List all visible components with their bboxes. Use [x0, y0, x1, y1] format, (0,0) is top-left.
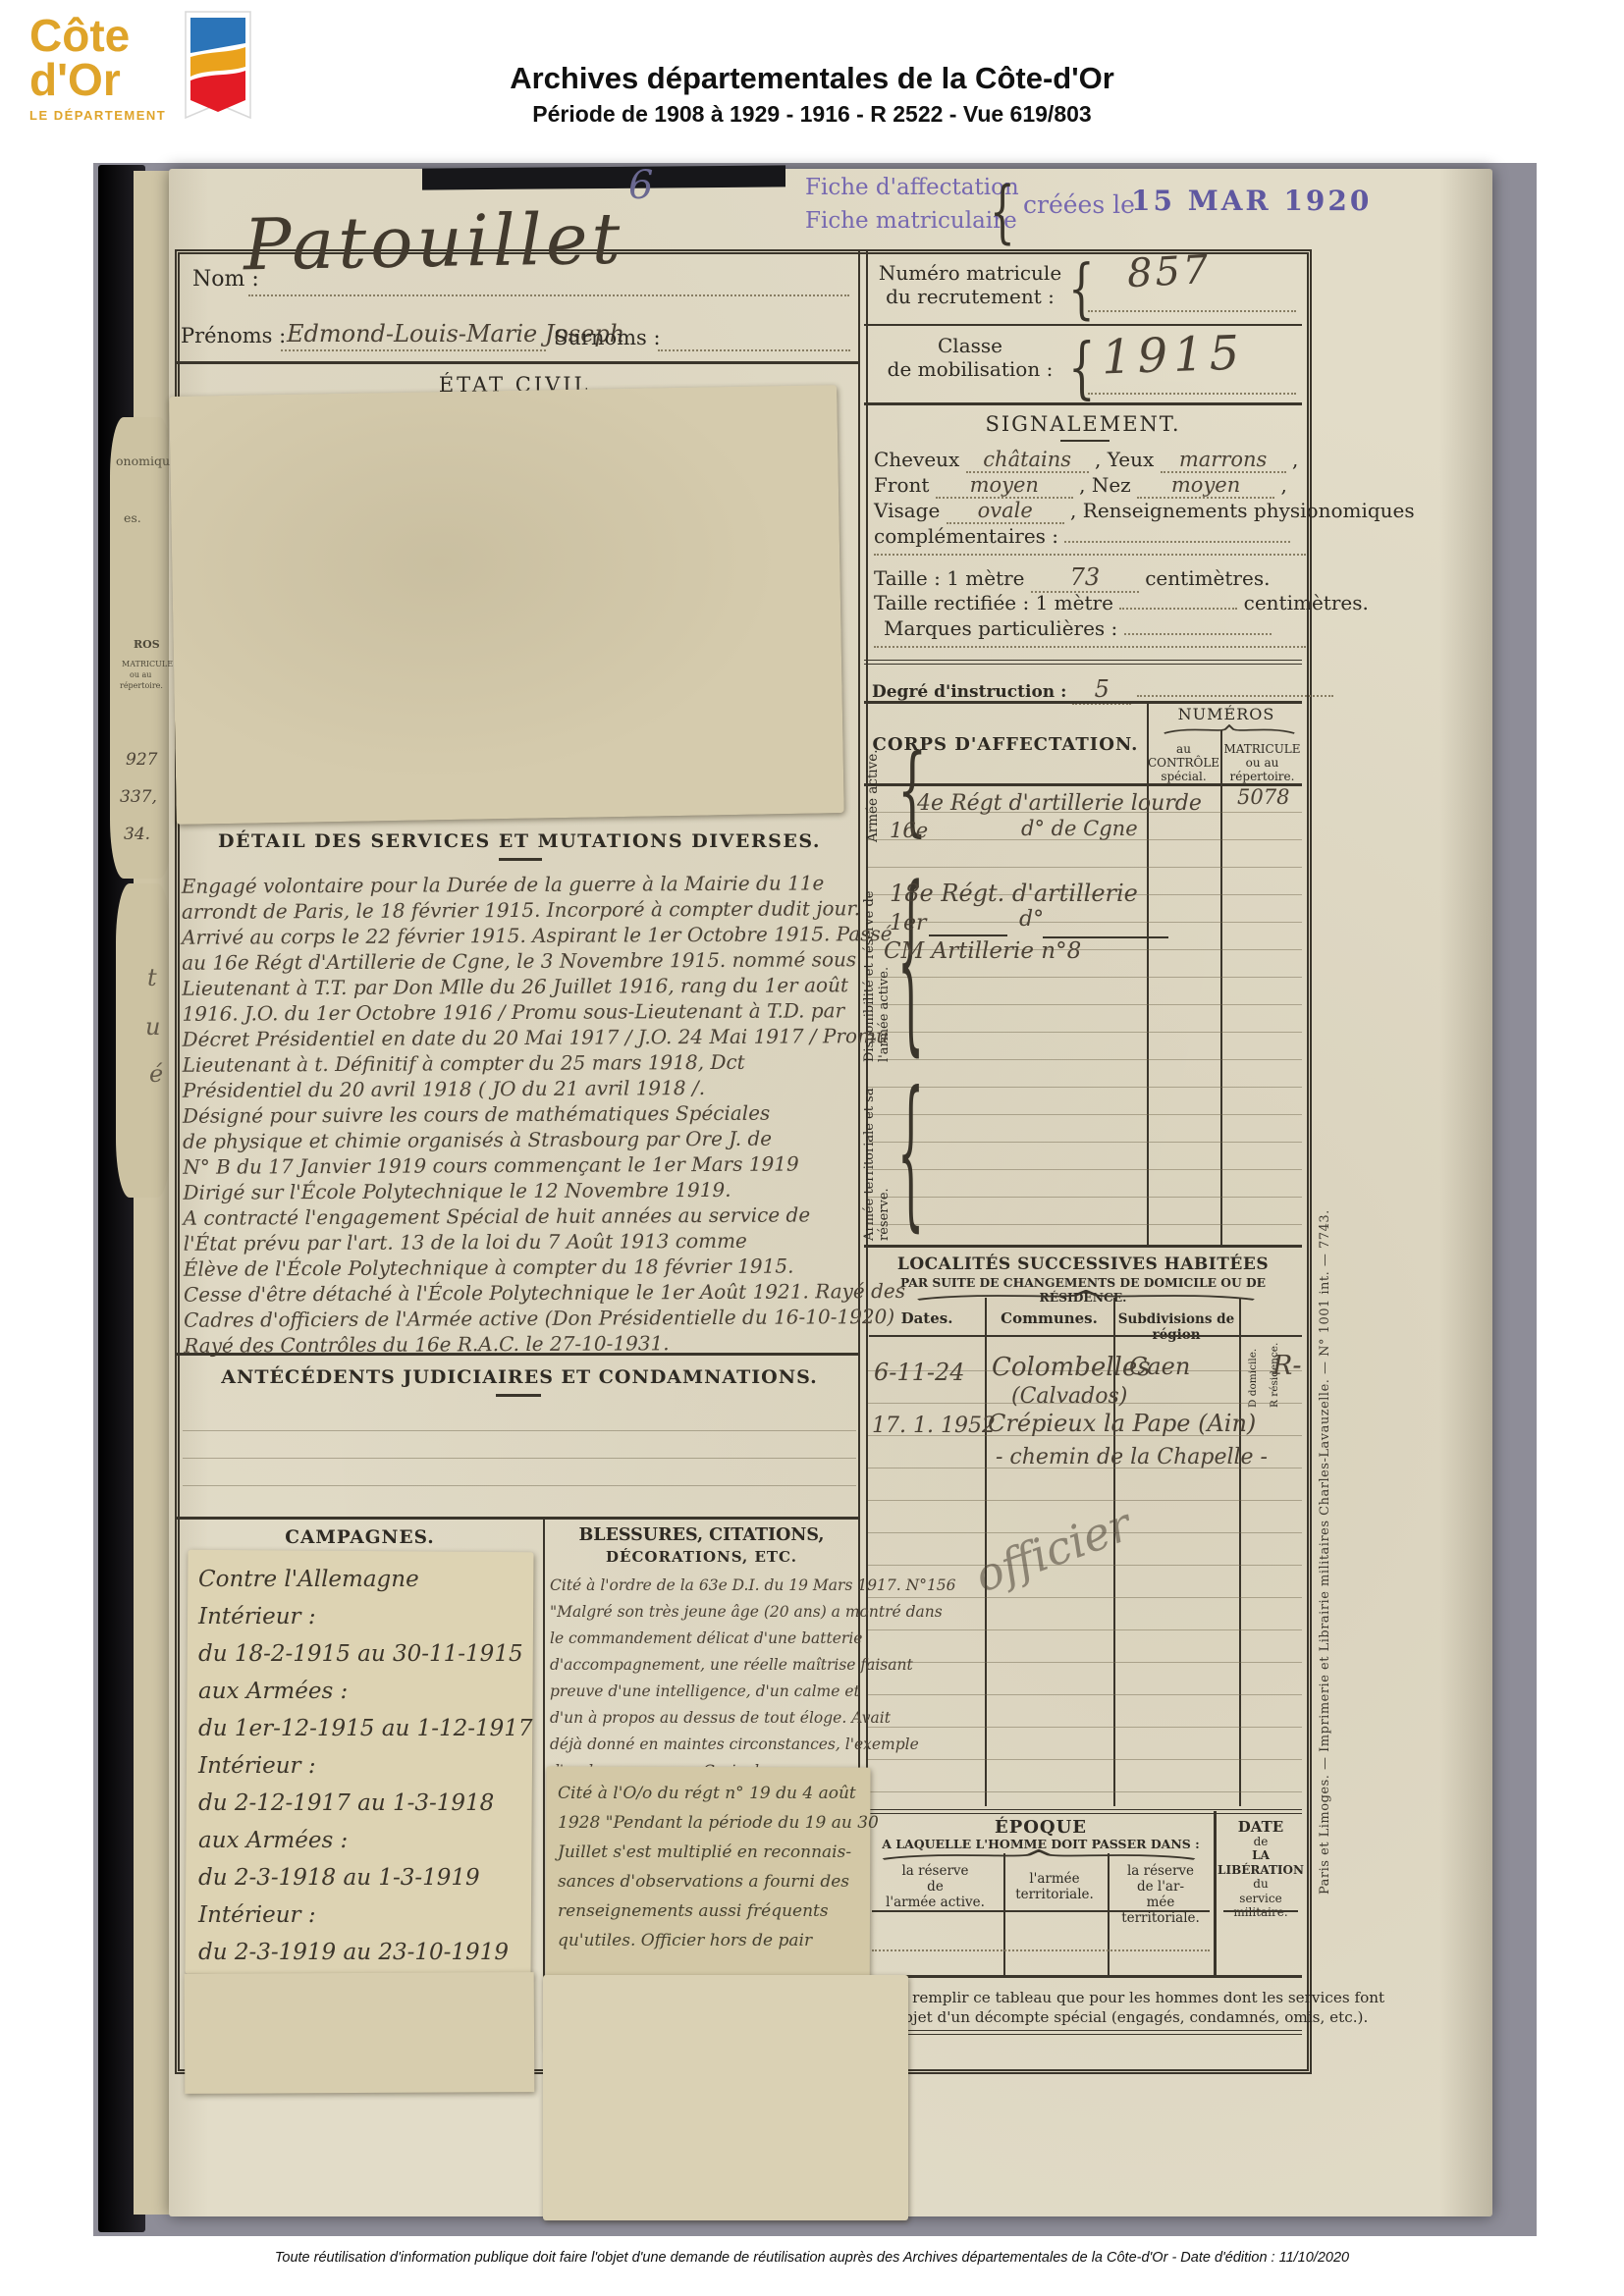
- corps-entry-4b: d°: [1019, 907, 1044, 932]
- classe-bottom-rule: [864, 402, 1302, 405]
- blessures-line: d'un à propos au dessus de tout éloge. A…: [550, 1705, 860, 1732]
- signalement-complementaires-row: complémentaires :: [874, 524, 1311, 548]
- signalement-title-rule: [1060, 440, 1110, 442]
- localites-r1-commune2: (Calvados): [1011, 1384, 1127, 1409]
- underlying-page-bump2: [116, 883, 171, 1198]
- antecedents-title: ANTÉCÉDENTS JUDICIAIRES ET CONDAMNATIONS…: [177, 1366, 862, 1388]
- services-title-rule: [499, 858, 542, 861]
- classe-label-line1: Classe: [872, 334, 1068, 357]
- epoque-date-line: LA LIBÉRATION: [1218, 1848, 1304, 1877]
- blessures-line: d'accompagnement, une réelle maîtrise fa…: [550, 1652, 860, 1679]
- epoque-date-divider: [1214, 1811, 1217, 1975]
- degre-bottom-rule: [864, 701, 1302, 704]
- services-line: Arrivé au corps le 22 février 1915. Aspi…: [182, 921, 859, 950]
- citation-slip-text-block: Cité à l'O/o du régt n° 19 du 4 août 192…: [558, 1779, 867, 1955]
- services-line: au 16e Régt d'Artillerie de Cgne, le 3 N…: [182, 946, 859, 976]
- margin-number: 927: [126, 750, 157, 770]
- corps-entry-1: 4e Régt d'artillerie lourde: [917, 791, 1202, 816]
- stamp-line2: Fiche matriculaire: [805, 208, 1017, 234]
- page-mark-handwritten: 6: [628, 163, 653, 208]
- taille-rectifiee-row: Taille rectifiée : 1 mètre centimètres.: [874, 591, 1311, 614]
- antecedents-bottom-rule: [177, 1517, 860, 1520]
- campagnes-line: aux Armées :: [198, 1822, 527, 1859]
- signalement-bottom-rule: [864, 660, 1302, 665]
- citation-line: Juillet s'est multiplié en reconnais-: [558, 1838, 867, 1867]
- epoque-col3-header: la réserve de l'ar- mée territoriale.: [1108, 1863, 1214, 1926]
- stamp-line1: Fiche d'affectation: [805, 175, 1019, 200]
- prenoms-label: Prénoms :: [181, 324, 286, 347]
- corps-group3-brace-icon: {: [897, 1072, 924, 1235]
- citation-line: qu'utiles. Officier hors de pair: [558, 1926, 867, 1955]
- blessures-title-line1: BLESSURES, CITATIONS,: [543, 1525, 860, 1545]
- campagnes-line: du 2-3-1918 au 1-3-1919: [198, 1859, 527, 1896]
- page-edge-shadow: [422, 165, 785, 189]
- stamp-brace-icon: {: [990, 171, 1015, 251]
- epoque-top-rule: [864, 1809, 1302, 1814]
- services-line: Lieutenant à T.T. par Don Mlle du 26 Jui…: [182, 972, 859, 1001]
- localites-r2-commune: Crépieux la Pape (Ain): [988, 1410, 1256, 1437]
- epoque-col2-header: l'armée territoriale.: [1003, 1871, 1106, 1902]
- epoque-header-line: la réserve: [869, 1863, 1001, 1879]
- corps-entry-1-matricule: 5078: [1237, 785, 1289, 809]
- localites-r2-date: 17. 1. 1952: [872, 1414, 996, 1438]
- epoque-date-header: DATE de LA LIBÉRATION du service militai…: [1218, 1820, 1304, 1920]
- degre-label: Degré d'instruction :: [872, 682, 1066, 702]
- visage-value: ovale: [947, 499, 1064, 524]
- classe-brace-icon: {: [1068, 328, 1096, 406]
- margin-fragment: onomique: [116, 454, 177, 468]
- services-line: l'État prévu par l'art. 13 de la loi du …: [184, 1227, 861, 1256]
- archive-viewer-page: Côte d'Or LE DÉPARTEMENT Archives départ…: [0, 0, 1624, 2296]
- yeux-value: marrons: [1161, 448, 1286, 473]
- services-line: Dirigé sur l'École Polytechnique le 12 N…: [183, 1176, 860, 1205]
- services-line: Engagé volontaire pour la Durée de la gu…: [182, 870, 859, 899]
- surnoms-label: Surnoms :: [554, 326, 661, 349]
- margin-fragment: répertoire.: [120, 681, 163, 690]
- epoque-note-line2: l'objet d'un décompte spécial (engagés, …: [886, 2008, 1368, 2026]
- services-text-block: Engagé volontaire pour la Durée de la gu…: [182, 870, 862, 1359]
- margin-number: 34.: [124, 825, 150, 844]
- bottom-blank-slip: [543, 1975, 908, 2220]
- numero-matricule-label: Numéro matricule du recrutement :: [872, 261, 1068, 308]
- marques-row: Marques particulières :: [884, 616, 1311, 640]
- services-line: de physique et chimie organisés à Strasb…: [183, 1125, 860, 1154]
- epoque-header-line: la réserve: [1108, 1863, 1214, 1879]
- localites-title: LOCALITÉS SUCCESSIVES HABITÉES: [864, 1255, 1302, 1274]
- complementaires-label: complémentaires :: [874, 524, 1058, 548]
- margin-stroke: t: [147, 964, 157, 991]
- numero-dotted-line: [1088, 308, 1296, 312]
- sub-header-line: spécial.: [1147, 770, 1220, 783]
- blessures-text-block: Cité à l'ordre de la 63e D.I. du 19 Mars…: [550, 1573, 860, 1785]
- prenoms-dotted-line: [281, 347, 546, 351]
- localites-r1-subdiv: Caen: [1129, 1353, 1190, 1380]
- matricule-repertoire-header: MATRICULE ou au répertoire.: [1220, 742, 1304, 783]
- epoque-brace-icon: [877, 1849, 1201, 1860]
- page-subtitle: Période de 1908 à 1929 - 1916 - R 2522 -…: [0, 101, 1624, 128]
- taille-rectifiee-unit: centimètres.: [1244, 591, 1369, 614]
- blessures-title-line2: DÉCORATIONS, ETC.: [543, 1548, 860, 1566]
- blessures-line: Cité à l'ordre de la 63e D.I. du 19 Mars…: [550, 1573, 860, 1599]
- front-label: Front: [874, 473, 929, 497]
- corps-entry-4-underline: [929, 934, 1007, 936]
- epoque-date-line: service militaire.: [1218, 1892, 1304, 1920]
- citation-line: 1928 "Pendant la période du 19 au 30: [558, 1808, 867, 1838]
- margin-fragment: ROS: [134, 638, 160, 651]
- campagnes-line: du 2-3-1919 au 23-10-1919: [198, 1934, 527, 1971]
- blessures-line: "Malgré son très jeune âge (20 ans) a mo…: [550, 1599, 860, 1626]
- signalement-empty-line: [874, 552, 1306, 556]
- nom-value-handwritten: Patouillet: [243, 197, 624, 287]
- blessures-line: le commandement délicat d'une batterie: [550, 1626, 860, 1652]
- services-line: Élève de l'École Polytechnique à compter…: [184, 1253, 861, 1282]
- stamp-created-label: créées le: [1023, 190, 1135, 219]
- controle-special-header: au CONTRÔLE spécial.: [1147, 742, 1220, 783]
- nez-value: moyen: [1137, 473, 1274, 499]
- margin-stroke: u: [145, 1013, 160, 1041]
- citation-line: sances d'observations a fourni des: [558, 1867, 867, 1896]
- localites-r1-commune: Colombelles: [992, 1353, 1151, 1382]
- antecedents-empty-lines: [183, 1404, 856, 1512]
- blessures-line: déjà donné en maintes circonstances, l'e…: [550, 1732, 860, 1758]
- corps-ruled-rows: [868, 785, 1302, 1243]
- logo-text-line1: Côte: [29, 14, 130, 58]
- signalement-front-row: Front moyen , Nez moyen ,: [874, 473, 1311, 499]
- services-line: A contracté l'engagement Spécial de huit…: [183, 1201, 860, 1231]
- printer-imprint: Paris et Limoges. — Imprimerie et Librai…: [1318, 1109, 1337, 1895]
- campagnes-line: aux Armées :: [198, 1673, 527, 1710]
- cheveux-label: Cheveux: [874, 448, 959, 471]
- renseignements-label: , Renseignements physionomiques: [1070, 499, 1415, 522]
- numero-label-line2: du recrutement :: [872, 285, 1068, 308]
- localites-r1-dr: R-: [1272, 1351, 1301, 1381]
- taille-row: Taille : 1 mètre 73 centimètres.: [874, 563, 1311, 593]
- comma: ,: [1292, 448, 1298, 471]
- corps-entry-4a: 1er: [890, 911, 927, 935]
- campagnes-line: du 18-2-1915 au 30-11-1915: [198, 1635, 527, 1673]
- identity-bottom-rule: [177, 361, 860, 364]
- epoque-title: ÉPOQUE: [864, 1817, 1218, 1838]
- epoque-empty-row: [872, 1948, 1210, 1951]
- services-line: Cesse d'être détaché à l'École Polytechn…: [184, 1278, 861, 1308]
- numero-brace-icon: {: [1068, 251, 1095, 327]
- campagnes-line: du 2-12-1917 au 1-3-1918: [198, 1785, 527, 1822]
- epoque-date-line: DATE: [1218, 1820, 1304, 1835]
- taille-label: Taille : 1 mètre: [874, 566, 1025, 590]
- localites-brace-icon: [911, 1290, 1261, 1301]
- campagnes-line: Contre l'Allemagne: [198, 1561, 527, 1598]
- margin-fragment: ou au: [130, 670, 151, 679]
- services-bottom-rule: [177, 1353, 860, 1356]
- campagnes-slip-lower: [185, 1972, 535, 2094]
- taille-rectifiee-label: Taille rectifiée : 1 mètre: [874, 591, 1113, 614]
- corps-group-territoriale: Armée territoriale et sa réserve.: [862, 1074, 897, 1241]
- epoque-bottom-rule: [864, 2030, 1302, 2035]
- campagnes-line: Intérieur :: [198, 1598, 527, 1635]
- campagnes-line: Intérieur :: [198, 1747, 527, 1785]
- services-title: DÉTAIL DES SERVICES ET MUTATIONS DIVERSE…: [177, 830, 862, 852]
- services-line: arrondt de Paris, le 18 février 1915. In…: [182, 895, 859, 925]
- epoque-date-line: de: [1218, 1835, 1304, 1849]
- stamp-date: 15 MAR 1920: [1131, 185, 1372, 217]
- services-line: Lieutenant à t. Définitif à compter du 2…: [183, 1048, 860, 1078]
- sub-header-line: MATRICULE: [1220, 742, 1304, 756]
- services-line: Présidentiel du 20 avril 1918 ( JO du 21…: [183, 1074, 860, 1103]
- footer-notice: Toute réutilisation d'information publiq…: [0, 2250, 1624, 2266]
- epoque-col1-header: la réserve de l'armée active.: [869, 1863, 1001, 1910]
- epoque-header-line: l'armée active.: [869, 1895, 1001, 1910]
- pasted-paper-etat-civil: [169, 385, 844, 825]
- nez-label: , Nez: [1079, 473, 1131, 497]
- services-line: 1916. J.O. du 1er Octobre 1916 / Promu s…: [182, 997, 859, 1027]
- epoque-header-line: de l'ar-: [1108, 1879, 1214, 1895]
- margin-fragment: MATRICULE: [122, 660, 173, 668]
- numeros-header: NUMÉROS: [1149, 705, 1304, 723]
- taille-unit: centimètres.: [1145, 566, 1270, 590]
- corps-entry-5: CM Artillerie n°8: [884, 938, 1081, 964]
- epoque-date-line: du: [1218, 1877, 1304, 1892]
- epoque-cells-bottom: [864, 1975, 1302, 1978]
- taille-value: 73: [1031, 563, 1139, 593]
- services-line: Désigné pour suivre les cours de mathéma…: [183, 1099, 860, 1129]
- classe-value-handwritten: 1915: [1101, 325, 1246, 385]
- campagnes-line: Intérieur :: [198, 1896, 527, 1934]
- front-value: moyen: [936, 473, 1073, 499]
- citation-line: renseignements aussi fréquents: [558, 1896, 867, 1926]
- services-line: N° B du 17 Janvier 1919 cours commençant…: [183, 1150, 860, 1180]
- visage-label: Visage: [874, 499, 940, 522]
- localites-header-communes: Communes.: [985, 1309, 1113, 1327]
- numero-label-line1: Numéro matricule: [872, 261, 1068, 285]
- classe-label-line2: de mobilisation :: [872, 357, 1068, 381]
- campagnes-title: CAMPAGNES.: [177, 1527, 543, 1548]
- page-title: Archives départementales de la Côte-d'Or: [0, 61, 1624, 96]
- epoque-date-header-rule: [1223, 1910, 1298, 1912]
- epoque-header-line: de: [869, 1879, 1001, 1895]
- numeros-brace-icon: [1162, 724, 1297, 734]
- epoque-header-line: l'armée: [1003, 1871, 1106, 1887]
- antecedents-title-rule: [496, 1394, 541, 1397]
- localites-r1-date: 6-11-24: [874, 1359, 965, 1386]
- nom-dotted-line: [248, 293, 849, 296]
- surnoms-dotted-line: [658, 347, 850, 351]
- comma: ,: [1280, 473, 1286, 497]
- signalement-cheveux-row: Cheveux châtains , Yeux marrons ,: [874, 448, 1311, 473]
- campagnes-line: du 1er-12-1915 au 1-12-1917: [198, 1710, 527, 1747]
- services-line: Décret Présidentiel en date du 20 Mai 19…: [183, 1023, 860, 1052]
- classe-mobilisation-label: Classe de mobilisation :: [872, 334, 1068, 381]
- services-line: Cadres d'officiers de l'Armée active (Do…: [184, 1304, 861, 1333]
- blessures-line: preuve d'une intelligence, d'un calme et: [550, 1679, 860, 1705]
- yeux-label: , Yeux: [1095, 448, 1154, 471]
- corps-entry-3: 18e Régt. d'artillerie: [890, 880, 1138, 907]
- signalement-visage-row: Visage ovale , Renseignements physionomi…: [874, 499, 1311, 524]
- sub-header-line: CONTRÔLE: [1147, 756, 1220, 770]
- campagnes-text-block: Contre l'Allemagne Intérieur : du 18-2-1…: [198, 1561, 527, 1971]
- localites-r2-line2: - chemin de la Chapelle -: [996, 1445, 1268, 1469]
- margin-fragment: es.: [124, 510, 141, 525]
- epoque-note-line1: Ne remplir ce tableau que pour les homme…: [886, 1989, 1384, 2006]
- localites-header-rule: [869, 1335, 1302, 1337]
- margin-number: 337,: [120, 787, 157, 807]
- cheveux-value: châtains: [966, 448, 1089, 473]
- corps-bottom-rule: [864, 1245, 1302, 1248]
- epoque-header-rule: [872, 1910, 1210, 1912]
- classe-dotted-line: [1088, 391, 1296, 395]
- signalement-title: SIGNALEMENT.: [864, 412, 1302, 436]
- numero-value-handwritten: 857: [1126, 247, 1213, 296]
- sub-header-line: ou au: [1220, 756, 1304, 770]
- margin-stroke: é: [149, 1060, 163, 1088]
- citation-line: Cité à l'O/o du régt n° 19 du 4 août: [558, 1779, 867, 1808]
- epoque-header-line: territoriale.: [1003, 1887, 1106, 1902]
- sub-header-line: répertoire.: [1220, 770, 1304, 783]
- marques-label: Marques particulières :: [884, 616, 1117, 640]
- corps-entry-2a: 16e: [890, 819, 928, 842]
- marques-empty-line: [874, 644, 1306, 648]
- sub-header-line: au: [1147, 742, 1220, 756]
- corps-entry-2b: d° de Cgne: [1021, 817, 1138, 840]
